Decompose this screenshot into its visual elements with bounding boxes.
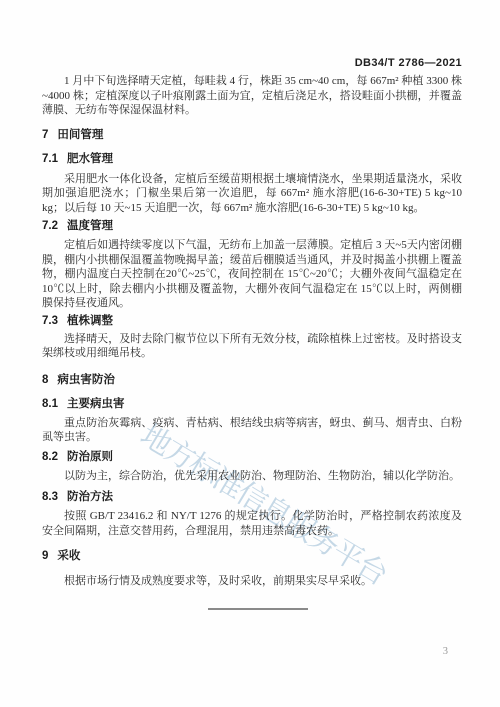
subsection-number: 7.2 (42, 220, 58, 232)
subsection-number: 8.3 (42, 491, 58, 503)
section-heading-7: 7田间管理 (42, 128, 462, 143)
section-title: 田间管理 (57, 129, 103, 141)
standard-code: DB34/T 2786—2021 (42, 0, 462, 69)
subsection-number: 7.1 (42, 153, 58, 165)
section-title: 病虫害防治 (57, 374, 115, 386)
section-title: 采收 (57, 550, 80, 562)
section-heading-9: 9采收 (42, 549, 462, 564)
subsection-heading-7-3: 7.3植株调整 (42, 314, 462, 329)
subsection-title: 防治原则 (67, 451, 113, 463)
subsection-title: 防治方法 (67, 491, 113, 503)
paragraph-7-3: 选择晴天，及时去除门椒节位以下所有无效分枝，疏除植株上过密枝。及时搭设支架绑枝或… (42, 332, 462, 361)
subsection-heading-7-2: 7.2温度管理 (42, 219, 462, 234)
paragraph-9: 根据市场行情及成熟度要求等，及时采收，前期果实尽早采收。 (42, 574, 462, 589)
footer-divider (208, 608, 308, 610)
page-content: DB34/T 2786—2021 1 月中下旬选择晴天定植，每畦栽 4 行，株距… (42, 0, 462, 589)
document-page: 地方标准信息服务平台 DB34/T 2786—2021 1 月中下旬选择晴天定植… (0, 0, 500, 707)
section-number: 9 (42, 550, 48, 562)
subsection-heading-8-3: 8.3防治方法 (42, 490, 462, 505)
paragraph-7-1: 采用肥水一体化设备，定植后至缓苗期根据土壤墒情浇水，坐果期适量浇水，采收期加强追… (42, 172, 462, 216)
subsection-title: 植株调整 (67, 315, 113, 327)
paragraph-8-3: 按照 GB/T 23416.2 和 NY/T 1276 的规定执行。化学防治时，… (42, 509, 462, 538)
section-number: 7 (42, 129, 48, 141)
subsection-number: 8.1 (42, 398, 58, 410)
subsection-heading-8-1: 8.1主要病虫害 (42, 397, 462, 412)
subsection-heading-7-1: 7.1肥水管理 (42, 152, 462, 167)
subsection-heading-8-2: 8.2防治原则 (42, 450, 462, 465)
page-number: 3 (443, 646, 448, 657)
subsection-title: 主要病虫害 (67, 398, 125, 410)
subsection-number: 8.2 (42, 451, 58, 463)
subsection-title: 温度管理 (67, 220, 113, 232)
paragraph-7-2: 定植后如遇持续零度以下气温，无纺布上加盖一层薄膜。定植后 3 天~5天内密闭棚膜… (42, 238, 462, 311)
paragraph-8-2: 以防为主，综合防治，优先采用农业防治、物理防治、生物防治，辅以化学防治。 (42, 469, 462, 484)
subsection-number: 7.3 (42, 315, 58, 327)
subsection-title: 肥水管理 (67, 153, 113, 165)
intro-paragraph: 1 月中下旬选择晴天定植，每畦栽 4 行，株距 35 cm~40 cm，每 66… (42, 74, 462, 118)
paragraph-8-1: 重点防治灰霉病、疫病、青枯病、根结线虫病等病害，蚜虫、蓟马、烟青虫、白粉虱等虫害… (42, 416, 462, 445)
section-number: 8 (42, 374, 48, 386)
section-heading-8: 8病虫害防治 (42, 373, 462, 388)
